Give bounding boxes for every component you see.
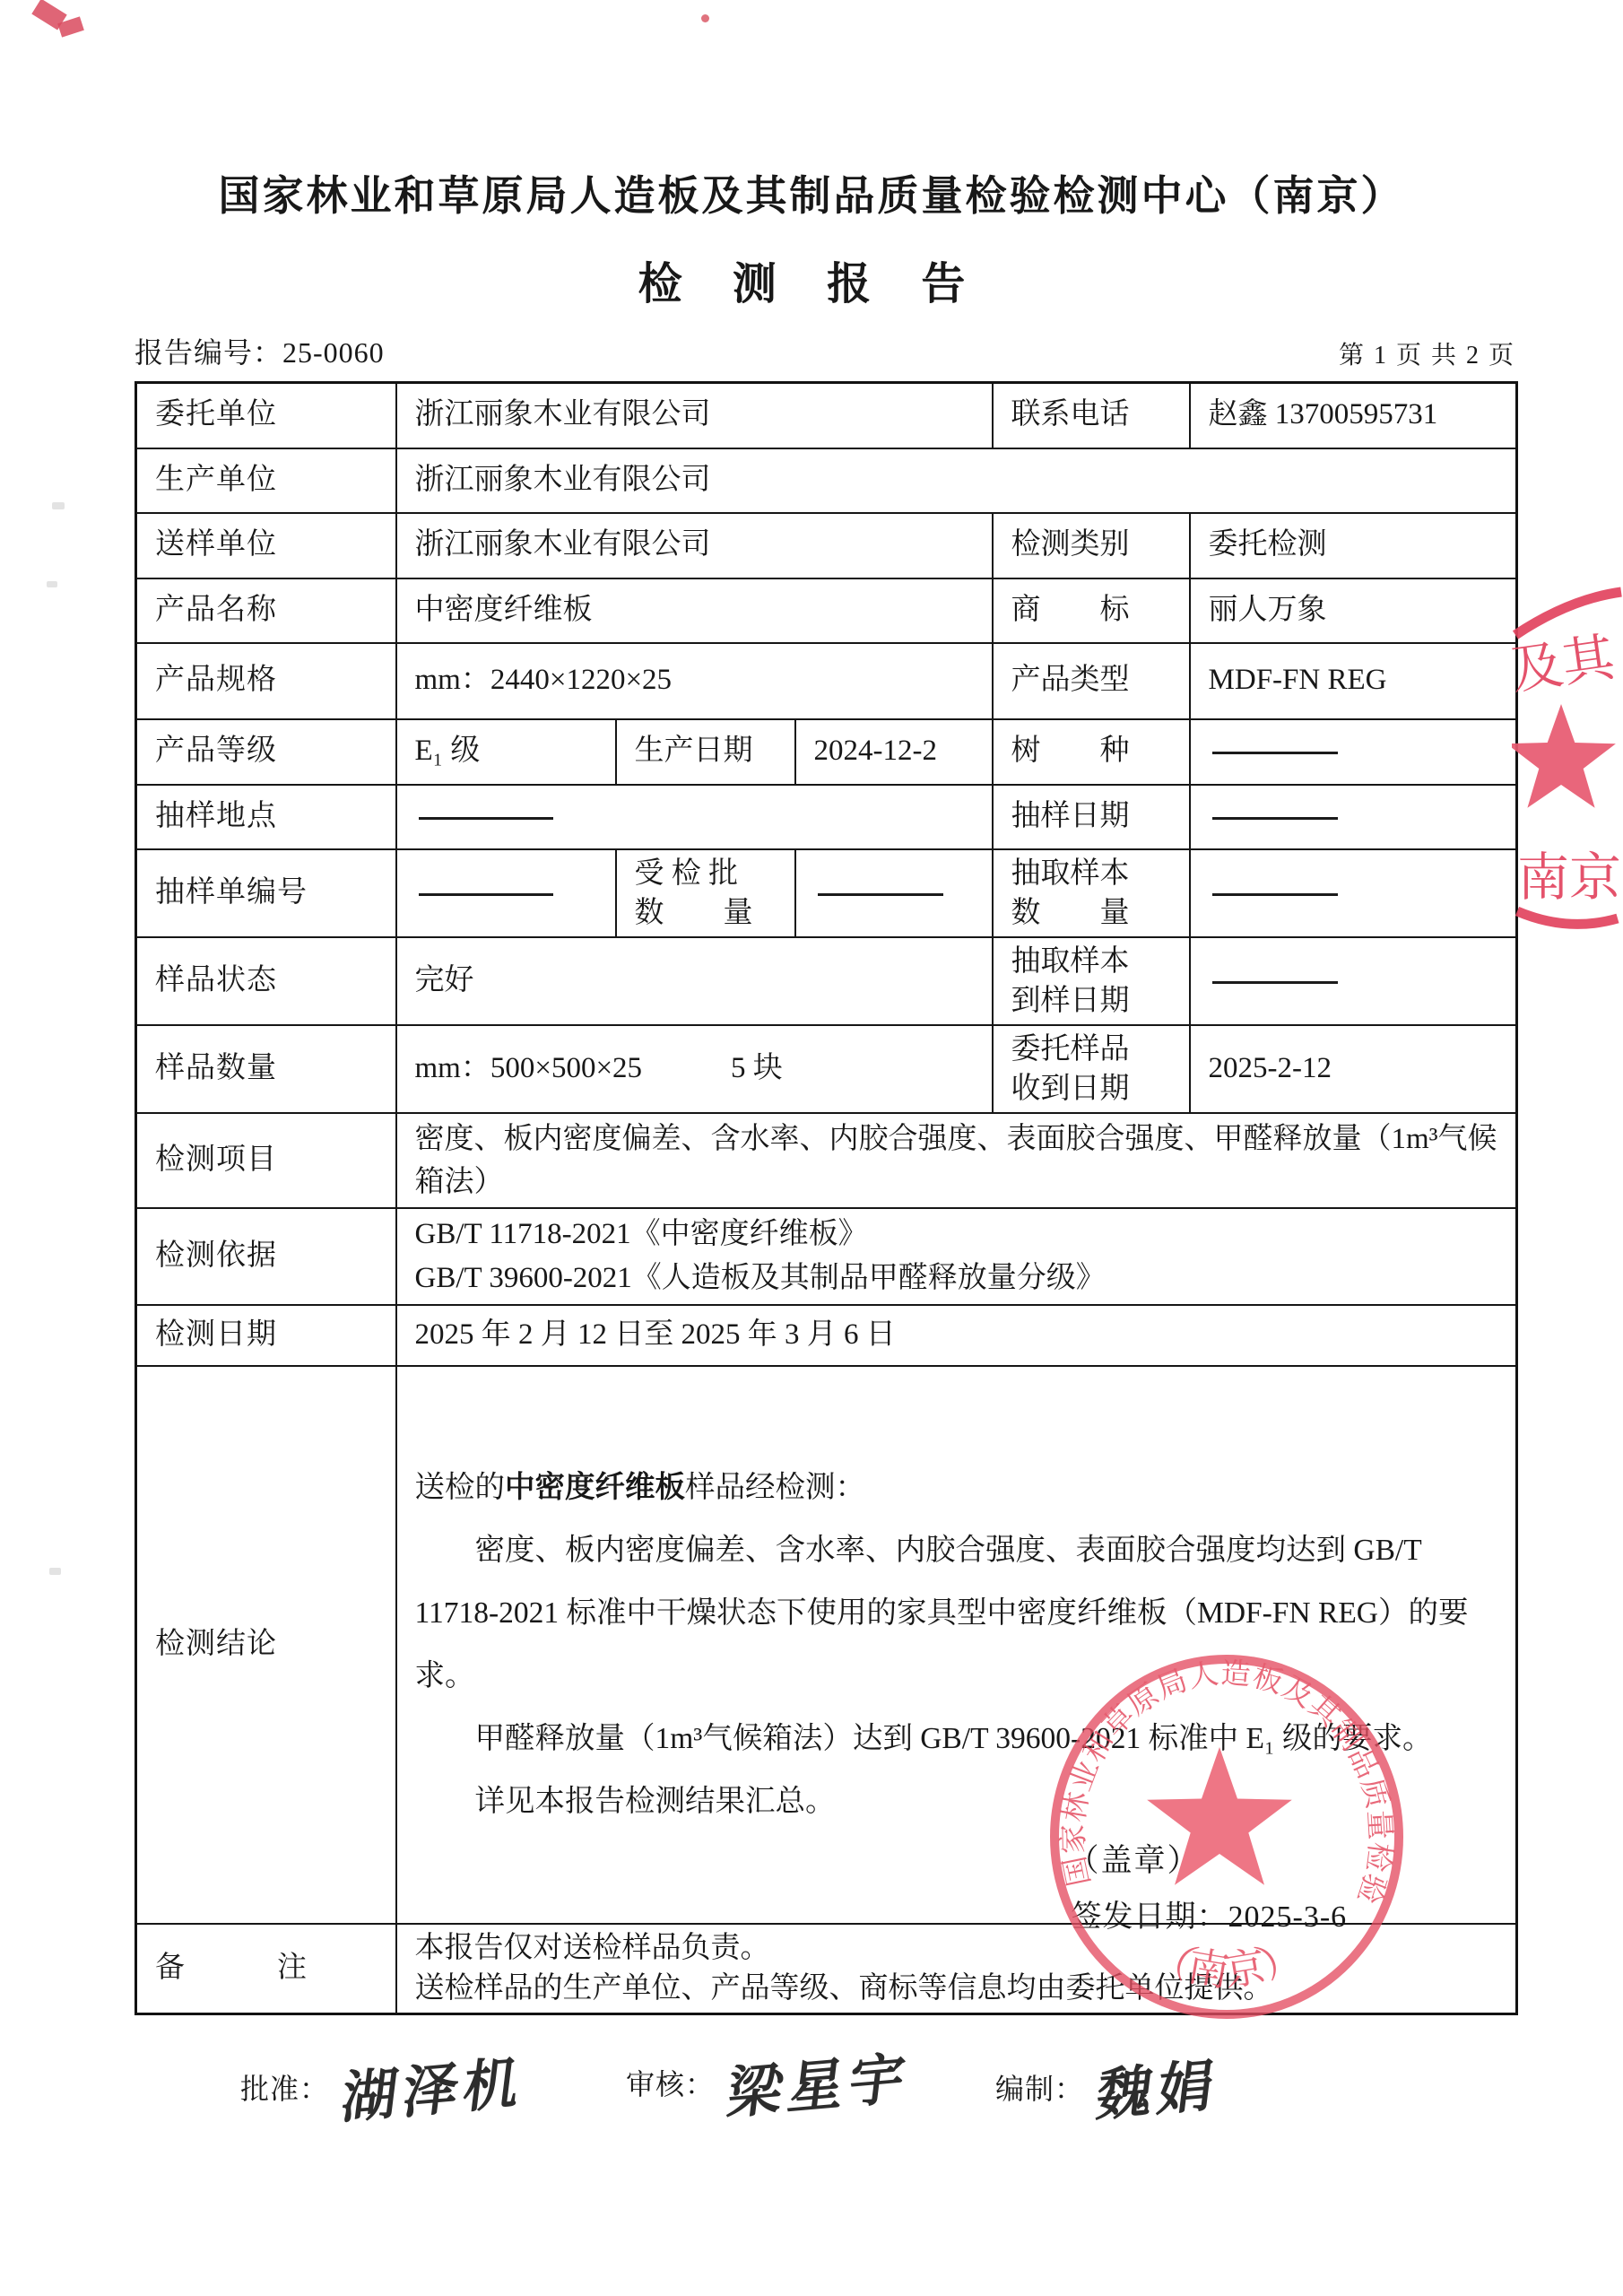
blank-dash (1212, 981, 1338, 984)
prepare-label: 编制： (995, 2066, 1084, 2120)
sampling-place-value (396, 785, 993, 849)
test-basis-value: GB/T 11718-2021《中密度纤维板》 GB/T 39600-2021《… (396, 1208, 1517, 1305)
sampling-date-label: 抽样日期 (993, 785, 1190, 849)
table-row: 样品数量 mm：500×500×25 5 块 委托样品 收到日期 2025-2-… (136, 1025, 1517, 1113)
table-row: 抽样地点 抽样日期 (136, 785, 1517, 849)
sample-count-label-line2: 数 量 (1011, 893, 1184, 933)
client-label: 委托单位 (136, 383, 396, 448)
report-meta-row: 报告编号：25-0060 第 1 页 共 2 页 (135, 330, 1515, 371)
test-items-label: 检测项目 (136, 1113, 396, 1208)
arrival-date-label: 抽取样本 到样日期 (993, 937, 1190, 1025)
blank-dash (419, 817, 553, 820)
test-basis-label: 检测依据 (136, 1208, 396, 1305)
received-date-label: 委托样品 收到日期 (993, 1025, 1190, 1113)
sampling-date-value (1190, 785, 1517, 849)
review-signature-group: 审核： 梁星宇 (626, 2058, 910, 2116)
received-date-value: 2025-2-12 (1190, 1025, 1517, 1113)
sample-state-value: 完好 (396, 937, 993, 1025)
edge-seal-top-arc (1515, 592, 1621, 635)
brand-label: 商 标 (993, 578, 1190, 643)
sample-qty-label: 样品数量 (136, 1025, 396, 1113)
batch-qty-label: 受 检 批 数 量 (616, 849, 795, 937)
blank-dash (1212, 893, 1338, 896)
prod-date-label: 生产日期 (616, 719, 795, 785)
product-type-value: MDF-FN REG (1190, 643, 1517, 719)
blank-dash (818, 893, 943, 896)
test-type-label: 检测类别 (993, 513, 1190, 578)
arrival-date-label-line2: 到样日期 (1011, 981, 1184, 1021)
report-number-value: 25-0060 (282, 336, 385, 369)
conclusion-intro-prefix: 送检的 (415, 1471, 506, 1504)
scan-speck (49, 1568, 61, 1575)
approve-signature-group: 批准： 湖泽机 (240, 2063, 525, 2120)
batch-qty-label-line2: 数 量 (635, 893, 789, 933)
scan-red-dot (701, 14, 709, 22)
org-title: 国家林业和草原局人造板及其制品质量检验检测中心（南京） (0, 163, 1623, 222)
grade-value: E₁ 级 (396, 719, 616, 785)
blank-dash (419, 893, 553, 896)
approve-signature: 湖泽机 (338, 2055, 527, 2129)
conclusion-cell: 送检的中密度纤维板样品经检测： 密度、板内密度偏差、含水率、内胶合强度、表面胶合… (396, 1366, 1517, 1924)
product-spec-label: 产品规格 (136, 643, 396, 719)
test-basis-line1: GB/T 11718-2021《中密度纤维板》 (415, 1213, 1511, 1257)
issue-date: 签发日期：2025-3-6 (1072, 1898, 1348, 1938)
table-row: 检测结论 送检的中密度纤维板样品经检测： 密度、板内密度偏差、含水率、内胶合强度… (136, 1366, 1517, 1924)
review-signature: 梁星宇 (724, 2050, 913, 2125)
batch-qty-label-line1: 受 检 批 (635, 854, 789, 893)
conclusion-label: 检测结论 (136, 1366, 396, 1924)
species-label: 树 种 (993, 719, 1190, 785)
blank-dash (1212, 752, 1338, 754)
blank-dash (1212, 817, 1338, 820)
review-label: 审核： (626, 2062, 715, 2116)
conclusion-intro-product: 中密度纤维板 (505, 1471, 685, 1504)
phone-value: 赵鑫 13700595731 (1190, 383, 1517, 448)
sender-label: 送样单位 (136, 513, 396, 578)
sampling-sheet-value (396, 849, 616, 937)
edge-seal-star (1512, 704, 1616, 808)
test-date-label: 检测日期 (136, 1305, 396, 1366)
report-table: 委托单位 浙江丽象木业有限公司 联系电话 赵鑫 13700595731 生产单位… (135, 381, 1518, 2015)
product-spec-value: mm：2440×1220×25 (396, 643, 993, 719)
table-row: 委托单位 浙江丽象木业有限公司 联系电话 赵鑫 13700595731 (136, 383, 1517, 448)
producer-name: 浙江丽象木业有限公司 (396, 448, 1517, 513)
client-name: 浙江丽象木业有限公司 (396, 383, 993, 448)
table-row: 检测项目 密度、板内密度偏差、含水率、内胶合强度、表面胶合强度、甲醛释放量（1m… (136, 1113, 1517, 1208)
batch-qty-value (795, 849, 993, 937)
report-page: { "header": { "org_title": "国家林业和草原局人造板及… (0, 0, 1623, 2296)
conclusion-para3: 详见本报告检测结果汇总。 (415, 1770, 1511, 1833)
table-row: 送样单位 浙江丽象木业有限公司 检测类别 委托检测 (136, 513, 1517, 578)
sample-count-label: 抽取样本 数 量 (993, 849, 1190, 937)
product-name-value: 中密度纤维板 (396, 578, 993, 643)
arrival-date-value (1190, 937, 1517, 1025)
test-items-value: 密度、板内密度偏差、含水率、内胶合强度、表面胶合强度、甲醛释放量（1m³气候箱法… (396, 1113, 1517, 1208)
prepare-signature-group: 编制： 魏娟 (995, 2063, 1219, 2120)
report-title: 检 测 报 告 (0, 249, 1623, 312)
remarks-cell: 本报告仅对送检样品负责。 送检样品的生产单位、产品等级、商标等信息均由委托单位提… (396, 1924, 1517, 2014)
product-type-label: 产品类型 (993, 643, 1190, 719)
producer-label: 生产单位 (136, 448, 396, 513)
remarks-label: 备 注 (136, 1924, 396, 2014)
species-value (1190, 719, 1517, 785)
product-name-label: 产品名称 (136, 578, 396, 643)
sample-count-label-line1: 抽取样本 (1011, 854, 1184, 893)
table-row: 抽样单编号 受 检 批 数 量 抽取样本 数 量 (136, 849, 1517, 937)
sample-state-label: 样品状态 (136, 937, 396, 1025)
page-indicator: 第 1 页 共 2 页 (1339, 335, 1515, 371)
sender-name: 浙江丽象木业有限公司 (396, 513, 993, 578)
conclusion-para1: 密度、板内密度偏差、含水率、内胶合强度、表面胶合强度均达到 GB/T 11718… (415, 1519, 1511, 1708)
table-row: 检测日期 2025 年 2 月 12 日至 2025 年 3 月 6 日 (136, 1305, 1517, 1366)
test-basis-line2: GB/T 39600-2021《人造板及其制品甲醛释放量分级》 (415, 1257, 1511, 1300)
test-date-value: 2025 年 2 月 12 日至 2025 年 3 月 6 日 (396, 1305, 1517, 1366)
prepare-signature: 魏娟 (1093, 2057, 1221, 2126)
prod-date-value: 2024-12-2 (795, 719, 993, 785)
sampling-sheet-label: 抽样单编号 (136, 849, 396, 937)
remarks-line2: 送检样品的生产单位、产品等级、商标等信息均由委托单位提供。 (415, 1969, 1511, 2009)
table-row: 样品状态 完好 抽取样本 到样日期 (136, 937, 1517, 1025)
brand-value: 丽人万象 (1190, 578, 1517, 643)
seal-note: （盖章） (1068, 1840, 1201, 1882)
conclusion-intro: 送检的中密度纤维板样品经检测： (415, 1457, 1511, 1519)
edge-seal-city: 南京 (1517, 848, 1621, 907)
sample-count-value (1190, 849, 1517, 937)
edge-seal-bottom-arc (1517, 911, 1618, 924)
edge-seal-chars: 及其 (1512, 628, 1621, 700)
table-row: 产品规格 mm：2440×1220×25 产品类型 MDF-FN REG (136, 643, 1517, 719)
received-date-label-line2: 收到日期 (1011, 1069, 1184, 1109)
phone-label: 联系电话 (993, 383, 1190, 448)
report-number-label: 报告编号： (135, 336, 282, 369)
table-row: 产品等级 E₁ 级 生产日期 2024-12-2 树 种 (136, 719, 1517, 785)
table-row: 检测依据 GB/T 11718-2021《中密度纤维板》 GB/T 39600-… (136, 1208, 1517, 1305)
approve-label: 批准： (240, 2066, 329, 2120)
table-row: 产品名称 中密度纤维板 商 标 丽人万象 (136, 578, 1517, 643)
report-number: 报告编号：25-0060 (135, 330, 385, 371)
received-date-label-line1: 委托样品 (1011, 1030, 1184, 1069)
sample-qty-value: mm：500×500×25 5 块 (396, 1025, 993, 1113)
grade-label: 产品等级 (136, 719, 396, 785)
conclusion-para2: 甲醛释放量（1m³气候箱法）达到 GB/T 39600-2021 标准中 E₁ … (415, 1708, 1511, 1770)
arrival-date-label-line1: 抽取样本 (1011, 942, 1184, 981)
edge-seal: 及其 南京 (1512, 579, 1623, 970)
scan-speck (47, 581, 57, 587)
sampling-place-label: 抽样地点 (136, 785, 396, 849)
table-row: 生产单位 浙江丽象木业有限公司 (136, 448, 1517, 513)
scan-speck (52, 502, 65, 509)
test-type-value: 委托检测 (1190, 513, 1517, 578)
conclusion-intro-suffix: 样品经检测： (685, 1471, 865, 1504)
